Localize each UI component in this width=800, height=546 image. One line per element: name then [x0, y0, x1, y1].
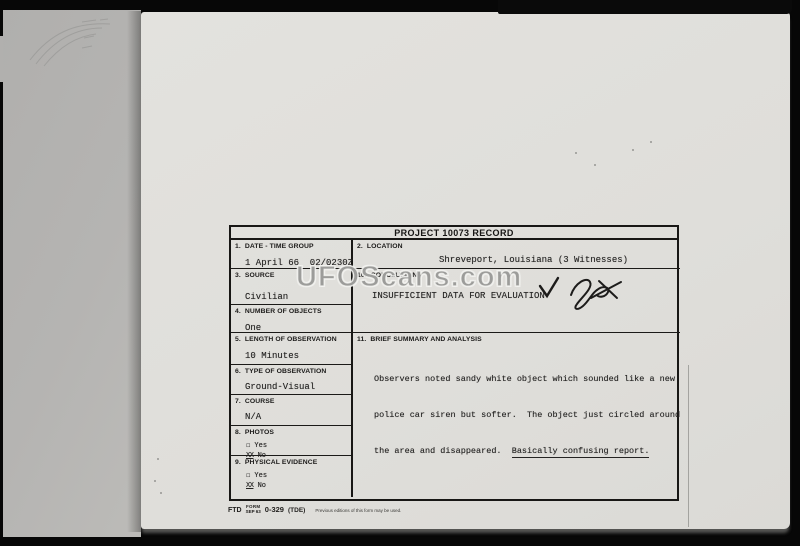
footer-org: FTD — [228, 507, 242, 514]
checkbox-empty-icon: ☐ — [246, 442, 250, 450]
underlying-gray-page — [3, 10, 141, 537]
option-label: Yes — [254, 442, 267, 450]
field-label: 7. COURSE — [231, 395, 351, 405]
field-brief-summary: 11. BRIEF SUMMARY AND ANALYSIS Observers… — [353, 333, 680, 497]
field-label: 9. PHYSICAL EVIDENCE — [231, 456, 351, 466]
field-course: 7. COURSE N/A — [231, 395, 351, 426]
field-label: 5. LENGTH OF OBSERVATION — [231, 333, 351, 343]
field-physical-evidence: 9. PHYSICAL EVIDENCE ☐ Yes XX No — [231, 456, 351, 497]
field-type-of-observation: 6. TYPE OF OBSERVATION Ground-Visual — [231, 365, 351, 395]
scan-speck — [650, 141, 652, 143]
scan-top-border — [498, 0, 792, 14]
summary-line-underlined: Basically confusing report. — [512, 446, 650, 458]
field-number-of-objects: 4. NUMBER OF OBJECTS One — [231, 305, 351, 333]
field-value: One — [231, 323, 351, 333]
physical-evidence-yes-option: ☐ Yes — [231, 471, 351, 481]
scan-speck — [632, 149, 634, 151]
field-label: 4. NUMBER OF OBJECTS — [231, 305, 351, 315]
summary-line: the area and disappeared. Basically conf… — [374, 445, 680, 457]
checkbox-empty-icon: ☐ — [246, 472, 250, 480]
field-length-of-observation: 5. LENGTH OF OBSERVATION 10 Minutes — [231, 333, 351, 365]
scan-scratch-artifact — [688, 365, 689, 527]
form-number-footer: FTD FORM SEP 63 0-329 (TDE) Previous edi… — [228, 504, 401, 514]
watermark: UFOScans.com — [296, 261, 522, 294]
footer-form-number: 0-329 — [265, 505, 284, 514]
scan-speck — [154, 480, 156, 482]
scan-speck — [594, 164, 596, 166]
scan-speck — [160, 492, 162, 494]
field-label: 6. TYPE OF OBSERVATION — [231, 365, 351, 375]
scan-speck — [575, 152, 577, 154]
photos-yes-option: ☐ Yes — [231, 441, 351, 451]
summary-line: police car siren but softer. The object … — [374, 409, 680, 421]
footer-note: Previous editions of this form may be us… — [309, 508, 401, 514]
field-label: 11. BRIEF SUMMARY AND ANALYSIS — [353, 333, 680, 343]
form-title: PROJECT 10073 RECORD — [231, 227, 677, 240]
scan-edge-artifact — [0, 36, 3, 82]
footer-form-date: FORM SEP 63 — [246, 504, 261, 514]
field-photos: 8. PHOTOS ☐ Yes XX No — [231, 426, 351, 456]
signature-icon — [535, 271, 635, 313]
option-label: No — [258, 482, 266, 490]
checkbox-marked-icon: XX — [246, 482, 253, 490]
summary-text: Observers noted sandy white object which… — [353, 349, 680, 481]
field-label: 2. LOCATION — [353, 240, 680, 250]
summary-line-plain: the area and disappeared. — [374, 446, 512, 456]
footer-form-suffix: (TDE) — [288, 507, 305, 514]
page-edge-shadow — [127, 11, 141, 532]
physical-evidence-no-option: XX No — [231, 481, 351, 491]
option-label: Yes — [254, 472, 267, 480]
field-value: N/A — [231, 412, 351, 422]
scan-speck — [157, 458, 159, 460]
field-value: 10 Minutes — [231, 351, 351, 361]
field-label: 1. DATE - TIME GROUP — [231, 240, 351, 250]
field-value: Ground-Visual — [231, 382, 351, 392]
summary-line: Observers noted sandy white object which… — [374, 373, 680, 385]
pencil-scribble-icon — [22, 12, 137, 82]
footer-form-date-value: SEP 63 — [246, 509, 261, 514]
field-label: 8. PHOTOS — [231, 426, 351, 436]
